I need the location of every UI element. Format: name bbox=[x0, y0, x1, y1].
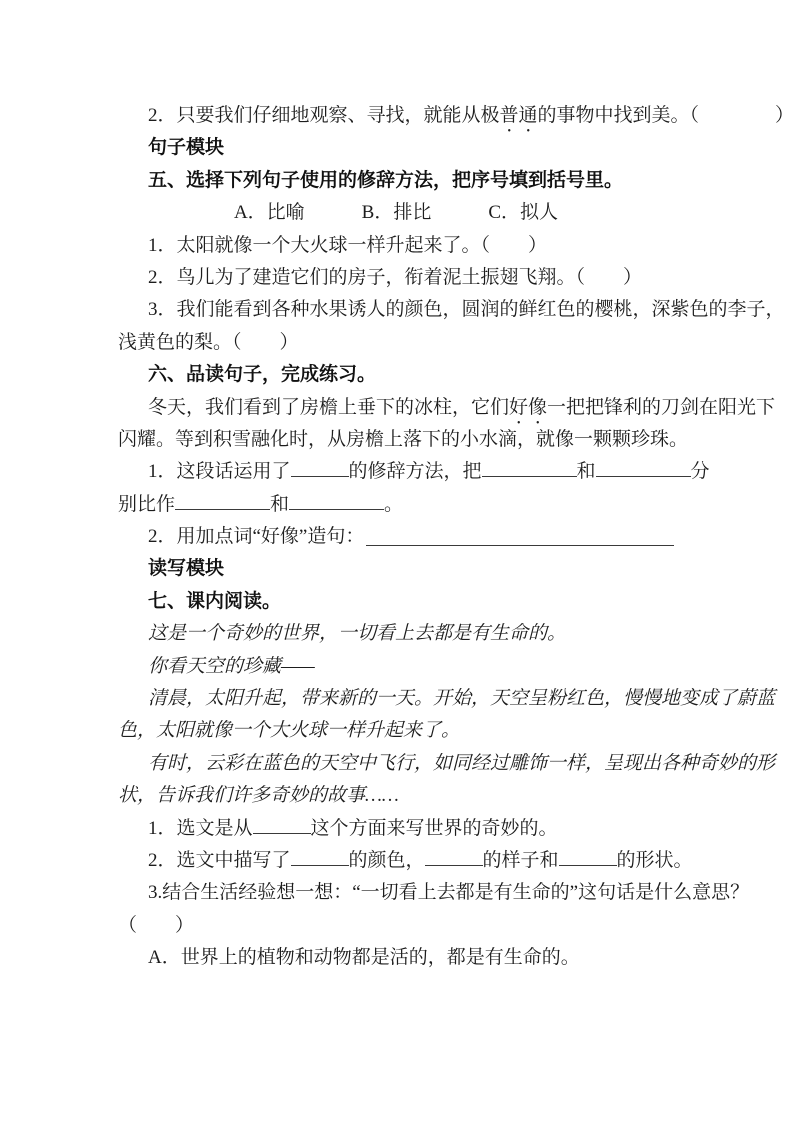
blank-line bbox=[289, 506, 384, 510]
section7-q2-seg1: 2．选文中描写了 bbox=[148, 850, 291, 871]
section5-options: A．比喻 B．排比 C．拟人 bbox=[118, 197, 674, 229]
section7-passage-line: 这是一个奇妙的世界，一切看上去都是有生命的。 bbox=[118, 618, 674, 650]
module-heading-sentence: 句子模块 bbox=[118, 132, 674, 164]
blank-line bbox=[425, 862, 483, 866]
section7-q2-seg2: 的颜色， bbox=[349, 850, 425, 871]
section7-passage-line: 有时，云彩在蓝色的天空中飞行，如同经过雕饰一样，呈现出各种奇妙的形 bbox=[118, 748, 674, 780]
section6-q2: 2．用加点词“好像”造句： bbox=[118, 521, 674, 553]
judge-item-2-pre: 2．只要我们仔细地观察、寻找，就能从极 bbox=[148, 105, 500, 126]
section5-title: 五、选择下列句子使用的修辞方法，把序号填到括号里。 bbox=[118, 165, 674, 197]
section7-q2: 2．选文中描写了的颜色，的样子和的形状。 bbox=[118, 845, 674, 877]
section7-q3-line2: （ ） bbox=[118, 910, 674, 942]
section7-passage-line: 色，太阳就像一个大火球一样升起来了。 bbox=[118, 715, 674, 747]
section7-passage-line: 你看天空的珍藏—— bbox=[118, 651, 674, 683]
section6-q2-label: 2．用加点词“好像”造句： bbox=[148, 521, 364, 553]
section7-passage-line: 清晨，太阳升起，带来新的一天。开始，天空呈粉红色，慢慢地变成了蔚蓝 bbox=[118, 683, 674, 715]
section7-q3-line1: 3.结合生活经验想一想：“一切看上去都是有生命的”这句话是什么意思？ bbox=[118, 877, 674, 909]
section7-q2-seg4: 的形状。 bbox=[617, 850, 693, 871]
section7-q2-seg3: 的样子和 bbox=[483, 850, 559, 871]
judge-item-2-post: 的事物中找到美。（ ） bbox=[538, 105, 793, 126]
section6-q1-line2: 别比作和。 bbox=[118, 489, 674, 521]
section6-passage-line1: 冬天，我们看到了房檐上垂下的冰柱，它们好像一把把锋利的刀剑在阳光下 bbox=[118, 392, 674, 424]
section5-item-1: 1．太阳就像一个大火球一样升起来了。（ ） bbox=[118, 230, 674, 262]
section7-q1: 1．选文是从这个方面来写世界的奇妙的。 bbox=[118, 813, 674, 845]
blank-line bbox=[559, 862, 617, 866]
section6-q1-seg2: 的修辞方法，把 bbox=[349, 461, 482, 482]
section7-option-a: A．世界上的植物和动物都是活的，都是有生命的。 bbox=[118, 942, 674, 974]
module-heading-reading: 读写模块 bbox=[118, 553, 674, 585]
blank-line bbox=[291, 862, 349, 866]
section7-title: 七、课内阅读。 bbox=[118, 586, 674, 618]
section7-q1-seg2: 这个方面来写世界的奇妙的。 bbox=[311, 818, 558, 839]
emphasized-word: 好像 bbox=[509, 397, 547, 418]
blank-line bbox=[291, 473, 349, 477]
section6-q1-line1: 1．这段话运用了的修辞方法，把和分 bbox=[118, 456, 674, 488]
section6-passage-pre: 冬天，我们看到了房檐上垂下的冰柱，它们 bbox=[148, 397, 509, 418]
section7-passage-line: 状，告诉我们许多奇妙的故事…… bbox=[118, 780, 674, 812]
worksheet-page: 2．只要我们仔细地观察、寻找，就能从极普通的事物中找到美。（ ） 句子模块 五、… bbox=[0, 0, 793, 1122]
section6-q1-seg3: 和 bbox=[577, 461, 596, 482]
section6-q1-seg1: 1．这段话运用了 bbox=[148, 461, 291, 482]
section6-q1-line2-seg3: 。 bbox=[384, 494, 403, 515]
judge-item-2: 2．只要我们仔细地观察、寻找，就能从极普通的事物中找到美。（ ） bbox=[118, 100, 674, 132]
blank-line bbox=[596, 473, 691, 477]
blank-line bbox=[482, 473, 577, 477]
section5-item-3-line1: 3．我们能看到各种水果诱人的颜色，圆润的鲜红色的樱桃，深紫色的李子， bbox=[118, 294, 674, 326]
blank-line bbox=[175, 506, 270, 510]
worksheet-content: 2．只要我们仔细地观察、寻找，就能从极普通的事物中找到美。（ ） 句子模块 五、… bbox=[118, 100, 674, 975]
section7-q1-seg1: 1．选文是从 bbox=[148, 818, 253, 839]
section5-item-3-line2: 浅黄色的梨。（ ） bbox=[118, 327, 674, 359]
section6-q1-seg4: 分 bbox=[691, 461, 710, 482]
section6-passage-line2: 闪耀。等到积雪融化时，从房檐上落下的小水滴，就像一颗颗珍珠。 bbox=[118, 424, 674, 456]
section5-item-2: 2．鸟儿为了建造它们的房子，衔着泥土振翅飞翔。（ ） bbox=[118, 262, 674, 294]
section6-passage-post: 一把把锋利的刀剑在阳光下 bbox=[547, 397, 775, 418]
section6-q1-line2-seg2: 和 bbox=[270, 494, 289, 515]
blank-line bbox=[366, 544, 674, 546]
section6-title: 六、品读句子，完成练习。 bbox=[118, 359, 674, 391]
blank-line bbox=[253, 830, 311, 834]
emphasized-word: 普通 bbox=[500, 105, 538, 126]
section6-q1-line2-seg1: 别比作 bbox=[118, 494, 175, 515]
